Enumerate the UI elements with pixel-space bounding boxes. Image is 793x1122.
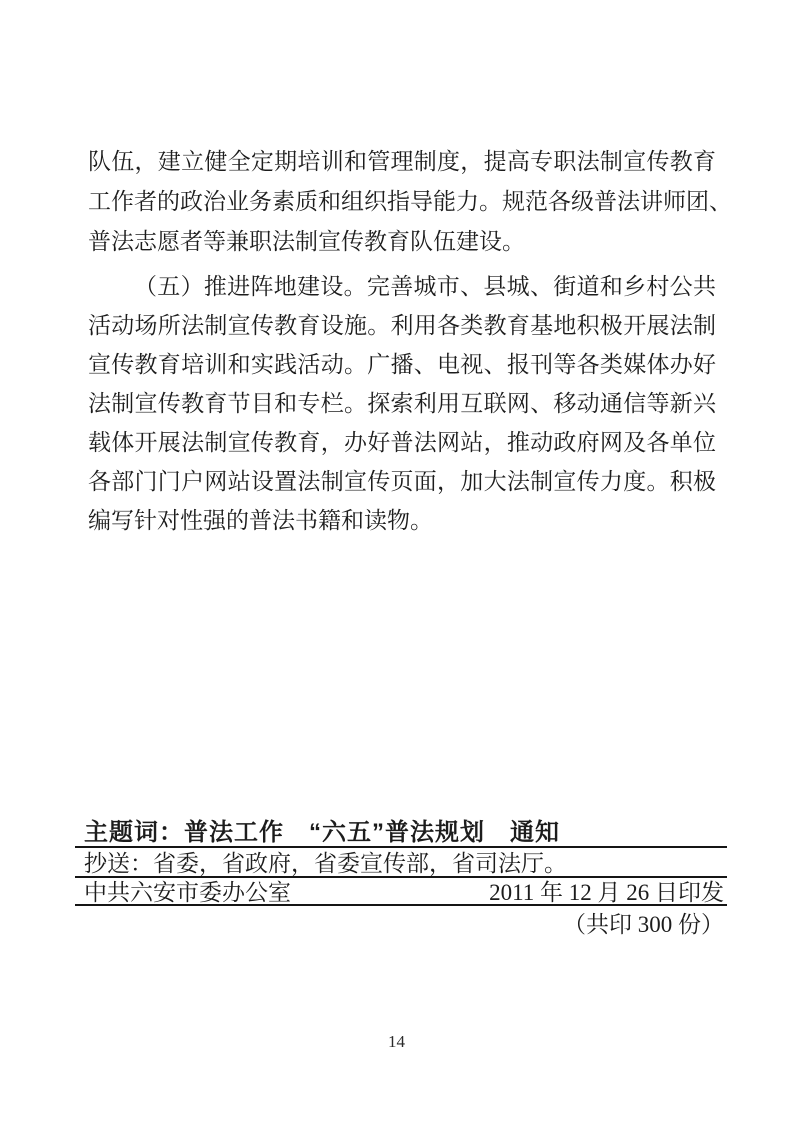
paragraph: 队伍，建立健全定期培训和管理制度，提高专职法制宣传教育工作者的政治业务素质和组织… (88, 142, 716, 262)
body-line: 编写针对性强的普法书籍和读物。 (88, 501, 716, 540)
cc-row: 抄送：省委，省政府，省委宣传部，省司法厅。 (75, 848, 727, 878)
subject-keywords-row: 主题词：普法工作 “六五”普法规划 通知 (75, 816, 727, 848)
body-line: 载体开展法制宣传教育，办好普法网站，推动政府网及各单位 (88, 423, 716, 462)
body-line: 各部门门户网站设置法制宣传页面，加大法制宣传力度。积极 (88, 462, 716, 501)
body-line: 活动场所法制宣传教育设施。利用各类教育基地积极开展法制 (88, 306, 716, 345)
subject-keywords-text: 主题词：普法工作 “六五”普法规划 通知 (84, 819, 560, 846)
print-date: 2011 年 12 月 26 日印发 (489, 878, 724, 904)
issuer-row: 中共六安市委办公室 2011 年 12 月 26 日印发 (75, 878, 727, 906)
body-line: 宣传教育培训和实践活动。广播、电视、报刊等各类媒体办好 (88, 345, 716, 384)
footer-info-block: 主题词：普法工作 “六五”普法规划 通知 抄送：省委，省政府，省委宣传部，省司法… (75, 816, 727, 936)
copies-row: （共印 300 份） (75, 906, 727, 936)
body-line: （五）推进阵地建设。完善城市、县城、街道和乡村公共 (88, 267, 716, 306)
cc-text: 抄送：省委，省政府，省委宣传部，省司法厅。 (84, 851, 567, 876)
body-line: 普法志愿者等兼职法制宣传教育队伍建设。 (88, 222, 716, 262)
issuer-name: 中共六安市委办公室 (84, 878, 291, 904)
body-text: 队伍，建立健全定期培训和管理制度，提高专职法制宣传教育工作者的政治业务素质和组织… (88, 142, 716, 540)
body-line: 工作者的政治业务素质和组织指导能力。规范各级普法讲师团、 (88, 182, 716, 222)
paragraph: （五）推进阵地建设。完善城市、县城、街道和乡村公共活动场所法制宣传教育设施。利用… (88, 267, 716, 540)
page-number: 14 (0, 1032, 793, 1052)
body-line: 法制宣传教育节目和专栏。探索利用互联网、移动通信等新兴 (88, 384, 716, 423)
document-page: 队伍，建立健全定期培训和管理制度，提高专职法制宣传教育工作者的政治业务素质和组织… (0, 0, 793, 1122)
body-line: 队伍，建立健全定期培训和管理制度，提高专职法制宣传教育 (88, 142, 716, 182)
copies-count-text: （共印 300 份） (563, 912, 724, 937)
